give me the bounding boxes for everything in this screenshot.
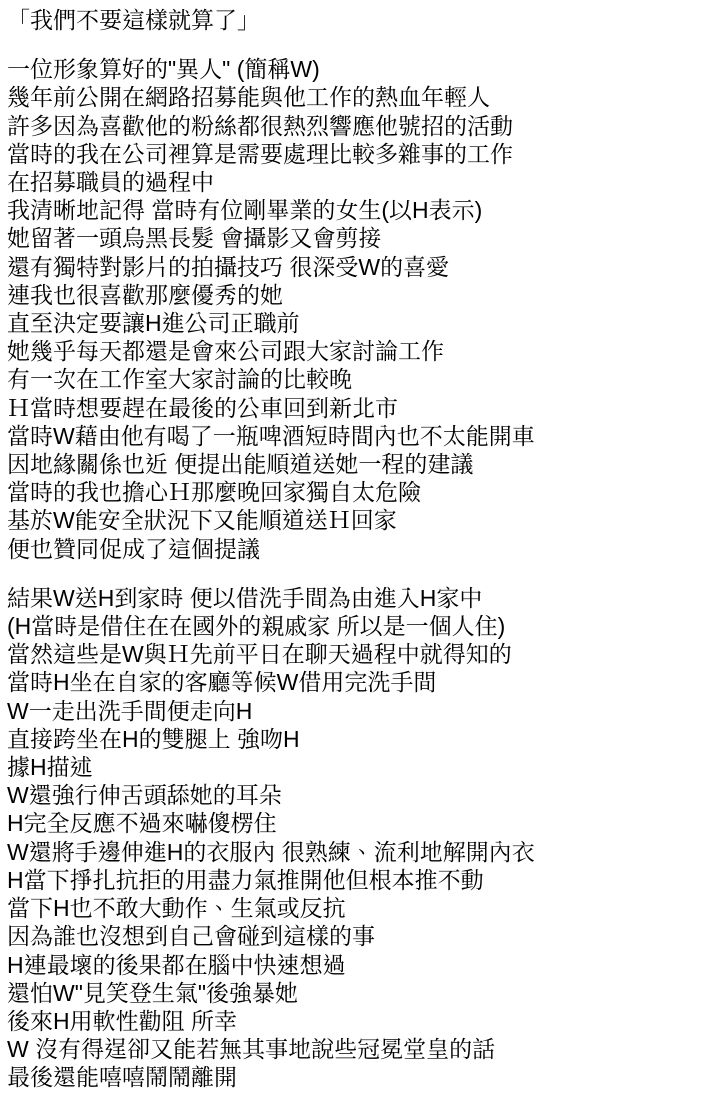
text-line: 當下H也不敢大動作、生氣或反抗 [7,894,708,922]
text-line: 基於W能安全狀況下又能順道送Ｈ回家 [7,506,708,534]
text-line: 當時的我在公司裡算是需要處理比較多雜事的工作 [7,140,708,168]
text-line: 結果W送H到家時 便以借洗手間為由進入H家中 [7,584,708,612]
text-line: 還有獨特對影片的拍攝技巧 很深受W的喜愛 [7,253,708,281]
text-line: 幾年前公開在網路招募能與他工作的熱血年輕人 [7,83,708,111]
text-line: 最後還能嘻嘻鬧鬧離開 [7,1063,708,1091]
text-line: H連最壞的後果都在腦中快速想過 [7,951,708,979]
text-line: 連我也很喜歡那麼優秀的她 [7,281,708,309]
text-line: W還強行伸舌頭舔她的耳朵 [7,781,708,809]
text-line: H當下掙扎抗拒的用盡力氣推開他但根本推不動 [7,866,708,894]
text-line: 當時W藉由他有喝了一瓶啤酒短時間內也不太能開車 [7,422,708,450]
text-line: 她留著一頭烏黑長髮 會攝影又會剪接 [7,224,708,252]
text-line: H完全反應不過來嚇傻楞住 [7,809,708,837]
paragraph: 「我們不要這樣就算了」 [7,6,708,34]
text-line: 據H描述 [7,753,708,781]
text-line: 一位形象算好的"異人" (簡稱W) [7,55,708,83]
text-line: 她幾乎每天都還是會來公司跟大家討論工作 [7,337,708,365]
text-line: W 沒有得逞卻又能若無其事地說些冠冕堂皇的話 [7,1035,708,1063]
text-line: W還將手邊伸進H的衣服內 很熟練、流利地解開內衣 [7,838,708,866]
text-line: 許多因為喜歡他的粉絲都很熱烈響應他號招的活動 [7,112,708,140]
text-line: 「我們不要這樣就算了」 [7,6,708,34]
text-line: 後來H用軟性勸阻 所幸 [7,1007,708,1035]
text-line: 當然這些是W與Ｈ先前平日在聊天過程中就得知的 [7,640,708,668]
text-line: 直至決定要讓H進公司正職前 [7,309,708,337]
paragraph: 結果W送H到家時 便以借洗手間為由進入H家中(H當時是借住在在國外的親戚家 所以… [7,584,708,1092]
paragraph: 一位形象算好的"異人" (簡稱W)幾年前公開在網路招募能與他工作的熱血年輕人許多… [7,55,708,563]
text-line: 因地緣關係也近 便提出能順道送她一程的建議 [7,450,708,478]
text-line: (H當時是借住在在國外的親戚家 所以是一個人住) [7,612,708,640]
text-line: 還怕W"見笑登生氣"後強暴她 [7,979,708,1007]
text-line: 直接跨坐在H的雙腿上 強吻H [7,725,708,753]
text-line: 因為誰也沒想到自己會碰到這樣的事 [7,922,708,950]
text-line: 在招募職員的過程中 [7,168,708,196]
text-line: 當時的我也擔心Ｈ那麼晚回家獨自太危險 [7,478,708,506]
text-line: 當時H坐在自家的客廳等候W借用完洗手間 [7,668,708,696]
text-line: 有一次在工作室大家討論的比較晚 [7,365,708,393]
text-line: 便也贊同促成了這個提議 [7,535,708,563]
text-line: W一走出洗手間便走向H [7,697,708,725]
text-line: 我清晰地記得 當時有位剛畢業的女生(以H表示) [7,196,708,224]
text-line: Ｈ當時想要趕在最後的公車回到新北市 [7,394,708,422]
document-body: 「我們不要這樣就算了」一位形象算好的"異人" (簡稱W)幾年前公開在網路招募能與… [0,0,712,1092]
